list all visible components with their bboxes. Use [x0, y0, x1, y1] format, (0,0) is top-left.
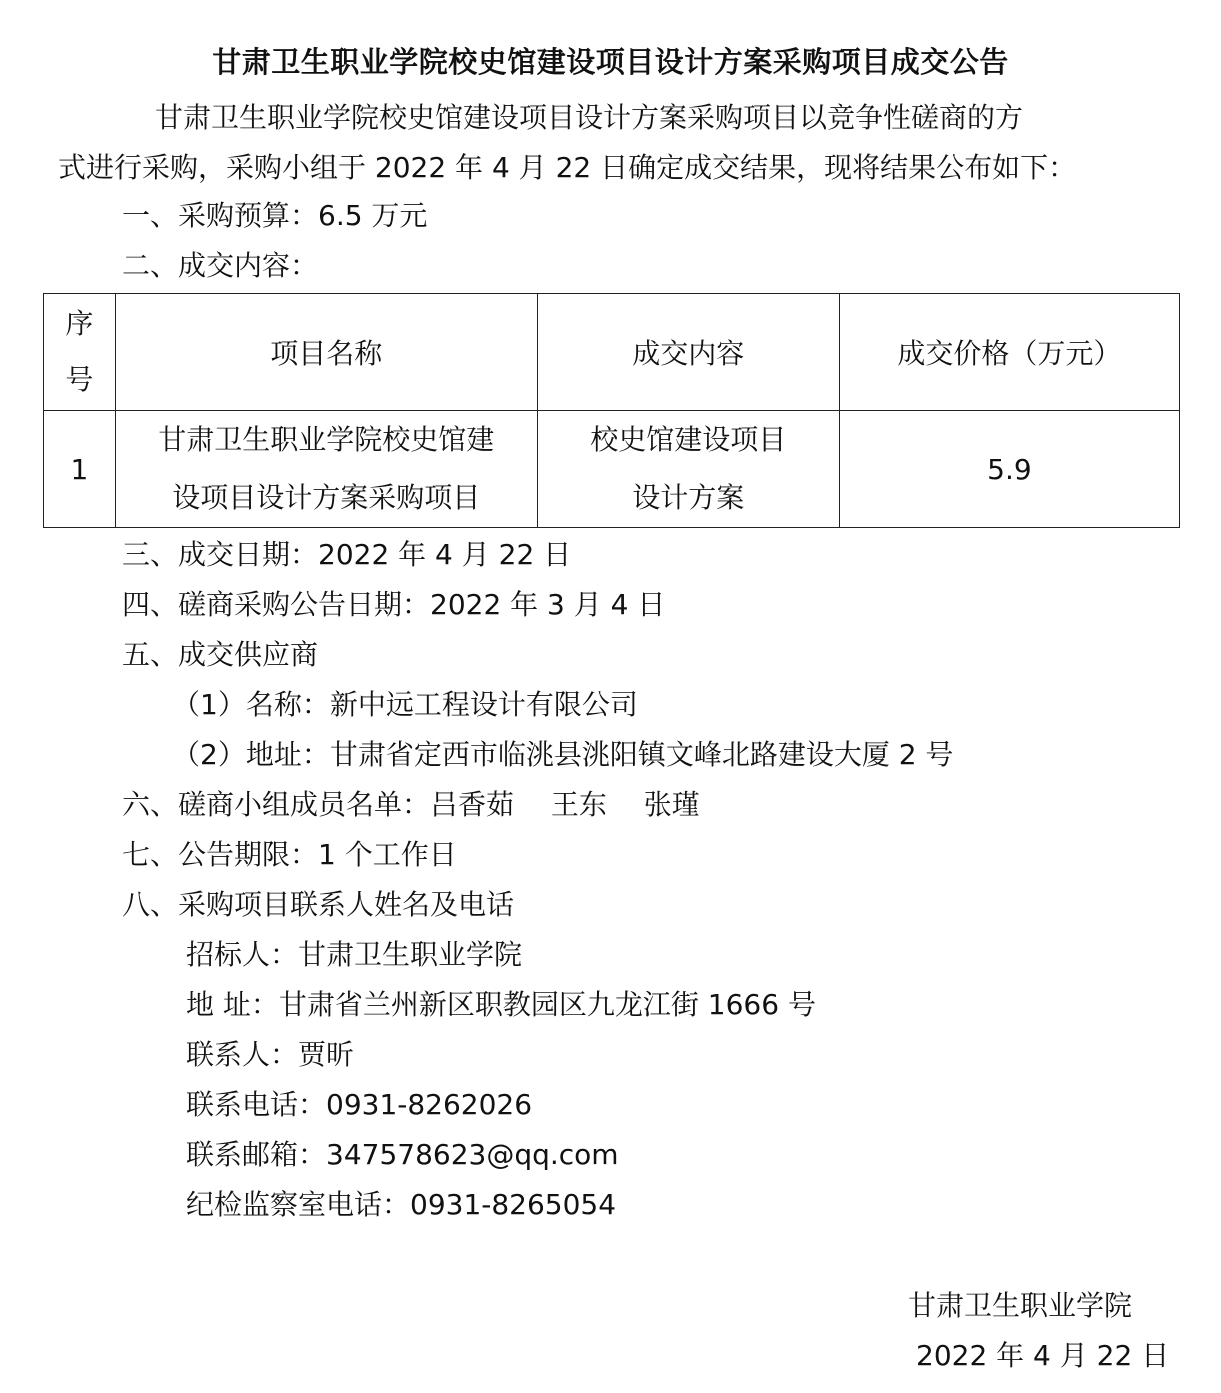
- table-header-row: 序 号 项目名称 成交内容 成交价格（万元）: [44, 294, 1180, 411]
- contact-phone: 联系电话：0931-8262026: [186, 1085, 532, 1125]
- intro-paragraph-line-1: 甘肃卫生职业学院校史馆建设项目设计方案采购项目以竞争性磋商的方: [155, 96, 1023, 136]
- header-project-name: 项目名称: [115, 294, 537, 411]
- contact-email: 联系邮箱：347578623@qq.com: [186, 1135, 619, 1175]
- cell-deal-price: 5.9: [839, 411, 1179, 528]
- document-title: 甘肃卫生职业学院校史馆建设项目设计方案采购项目成交公告: [0, 40, 1221, 81]
- cell-deal-content-line-2: 设计方案: [538, 469, 839, 527]
- header-seq-line-2: 号: [44, 352, 115, 408]
- cell-project-name-line-1: 甘肃卫生职业学院校史馆建: [116, 411, 537, 469]
- header-seq-line-1: 序: [44, 296, 115, 352]
- signature-date: 2022 年 4 月 22 日: [916, 1334, 1169, 1374]
- signature-org: 甘肃卫生职业学院: [908, 1284, 1132, 1324]
- header-seq: 序 号: [44, 294, 116, 411]
- cell-project-name-line-2: 设项目设计方案采购项目: [116, 469, 537, 527]
- cell-deal-content-line-1: 校史馆建设项目: [538, 411, 839, 469]
- supplier-name: （1）名称：新中远工程设计有限公司: [172, 685, 638, 725]
- cell-seq: 1: [44, 411, 116, 528]
- tenderer: 招标人：甘肃卫生职业学院: [186, 935, 522, 975]
- section-notice-date: 四、磋商采购公告日期：2022 年 3 月 4 日: [122, 585, 665, 625]
- inspection-phone: 纪检监察室电话：0931-8265054: [186, 1185, 616, 1225]
- contact-person: 联系人：贾昕: [186, 1035, 354, 1075]
- cell-deal-content: 校史馆建设项目 设计方案: [537, 411, 839, 528]
- header-deal-price: 成交价格（万元）: [839, 294, 1179, 411]
- section-deal-date: 三、成交日期：2022 年 4 月 22 日: [122, 535, 571, 575]
- cell-project-name: 甘肃卫生职业学院校史馆建 设项目设计方案采购项目: [115, 411, 537, 528]
- section-content-heading: 二、成交内容：: [122, 246, 318, 286]
- deal-table: 序 号 项目名称 成交内容 成交价格（万元） 1 甘肃卫生职业学院校史馆建 设项…: [43, 293, 1180, 528]
- section-contact-heading: 八、采购项目联系人姓名及电话: [122, 885, 514, 925]
- table-row: 1 甘肃卫生职业学院校史馆建 设项目设计方案采购项目 校史馆建设项目 设计方案 …: [44, 411, 1180, 528]
- section-panel-members: 六、磋商小组成员名单：吕香茹 王东 张瑾: [122, 785, 700, 825]
- section-budget: 一、采购预算：6.5 万元: [122, 196, 427, 236]
- header-deal-content: 成交内容: [537, 294, 839, 411]
- section-notice-period: 七、公告期限：1 个工作日: [122, 835, 457, 875]
- supplier-address: （2）地址：甘肃省定西市临洮县洮阳镇文峰北路建设大厦 2 号: [172, 735, 953, 775]
- tenderer-address: 地 址：甘肃省兰州新区职教园区九龙江街 1666 号: [186, 985, 816, 1025]
- section-supplier-heading: 五、成交供应商: [122, 635, 318, 675]
- intro-paragraph-line-2: 式进行采购，采购小组于 2022 年 4 月 22 日确定成交结果，现将结果公布…: [58, 146, 1076, 186]
